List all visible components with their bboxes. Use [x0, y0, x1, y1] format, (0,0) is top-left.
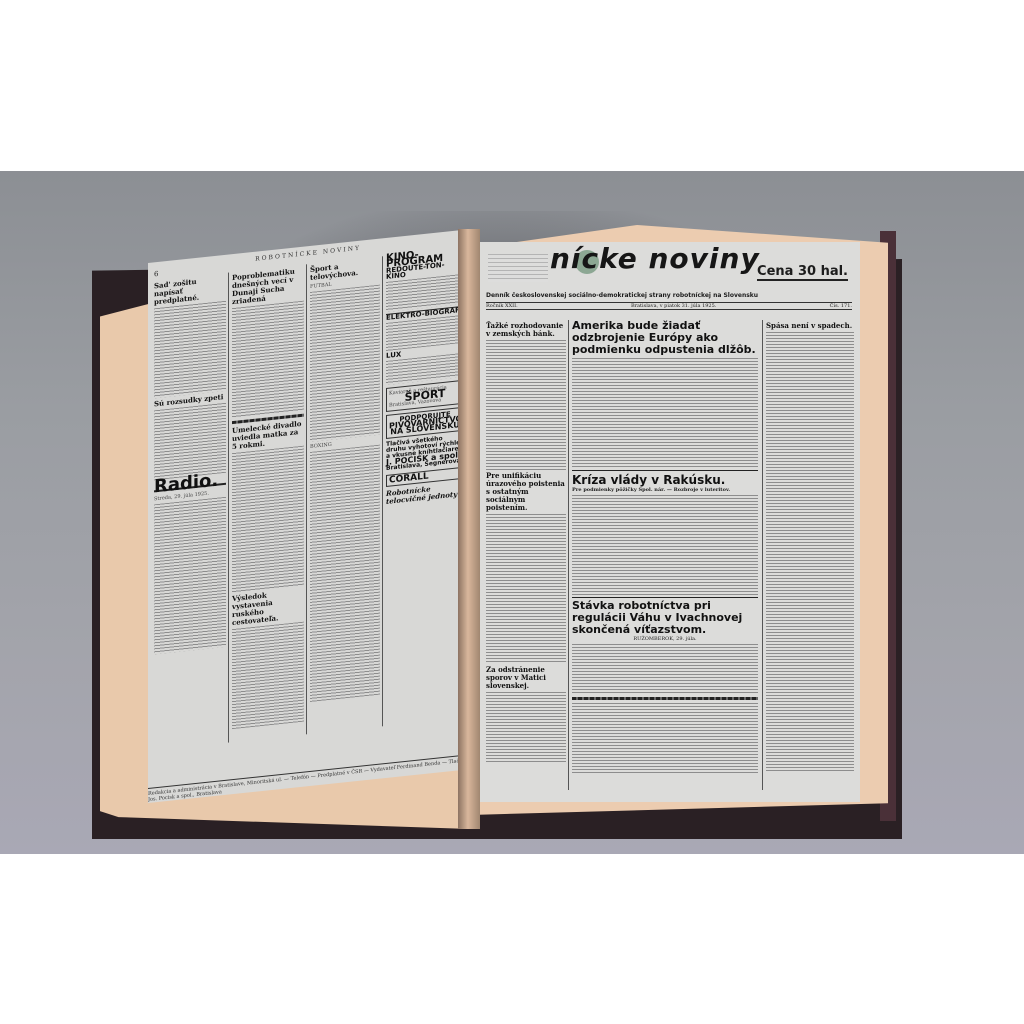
issue-number: Čís. 171.: [830, 303, 852, 309]
price: Cena 30 hal.: [757, 264, 848, 281]
headline: Pre unifikáciu úrazového poistenia s ost…: [486, 472, 566, 512]
article-body: [232, 622, 304, 730]
article-body: [154, 403, 226, 481]
article-body: [766, 332, 854, 772]
article-body: [486, 514, 566, 664]
headline: Výsledok vystavenia ruského cestovateľa.: [232, 588, 304, 628]
column-divider: [382, 256, 383, 726]
section-rule: [572, 697, 758, 700]
dateline-bar: Ročník XXII. Bratislava, v piatok 31. jú…: [486, 302, 852, 310]
bottom-white-margin: [0, 854, 1024, 1024]
article-body: [232, 301, 304, 419]
column-divider: [228, 272, 229, 742]
article-body: [486, 340, 566, 470]
left-column-4-ads: KINO-PROGRAM REDOUTE-TON-KINO ELEKTRO-BI…: [386, 248, 464, 508]
article-body: [572, 358, 758, 468]
radio-listing: [154, 497, 226, 655]
article-body: [572, 495, 758, 595]
lead-headline: Amerika bude žiadať odzbrojenie Európy a…: [572, 320, 758, 356]
headline: Kríza vlády v Rakúsku.: [572, 470, 758, 487]
right-column-3: Spása není v spadech.: [766, 320, 854, 774]
column-divider: [762, 320, 763, 790]
library-stamp: [488, 254, 548, 282]
column-divider: [568, 320, 569, 790]
photo-background: ROBOTNÍCKE NOVINY 6 Sad' zošitu napísať …: [0, 171, 1024, 854]
page-number: 6: [154, 270, 158, 278]
headline: Stávka robotníctva pri regulácii Váhu v …: [572, 597, 758, 636]
article-body: [232, 446, 304, 594]
right-column-1: Ťažké rozhodovanie v zemských bánk. Pre …: [486, 320, 566, 764]
subheadline: Pre podmienky pôžičky Spol. nár. — Rozbr…: [572, 487, 758, 493]
article-body: [154, 301, 226, 399]
left-column-1: Sad' zošitu napísať predplatné. Sú rozsu…: [154, 273, 226, 657]
headline: Poproblematiku dnešných vecí v Dunaji Su…: [232, 267, 304, 307]
headline: Ťažké rozhodovanie v zemských bánk.: [486, 322, 566, 338]
left-column-2: Poproblematiku dnešných vecí v Dunaji Su…: [232, 265, 304, 732]
right-newspaper-page: nícke noviny Cena 30 hal. Denník českosl…: [480, 242, 860, 802]
right-center-block: Amerika bude žiadať odzbrojenie Európy a…: [572, 320, 758, 775]
masthead: nícke noviny Cena 30 hal. Denník českosl…: [480, 242, 860, 312]
radio-heading: Radio.: [154, 477, 226, 493]
volume: Ročník XXII.: [486, 303, 518, 309]
column-divider: [306, 264, 307, 734]
article-body: [572, 703, 758, 773]
book-gutter: [458, 229, 480, 829]
top-white-margin: [0, 0, 1024, 171]
headline: Za odstránenie sporov v Matici slovenske…: [486, 666, 566, 690]
article-body: [572, 644, 758, 694]
article-body: [486, 692, 566, 762]
newspaper-title: nícke noviny: [550, 248, 760, 270]
headline: Spása není v spadech.: [766, 322, 854, 330]
date: Bratislava, v piatok 31. júla 1925.: [631, 303, 716, 309]
left-newspaper-page: ROBOTNÍCKE NOVINY 6 Sad' zošitu napísať …: [148, 229, 468, 803]
newspaper-subtitle: Denník československej sociálno-demokrat…: [486, 292, 856, 299]
article-body: [310, 285, 380, 442]
article-body: [310, 445, 380, 702]
article-dateline: RUŽOMBEROK, 29. júla.: [572, 636, 758, 642]
left-column-3: Šport a telovýchova. FUTBAL BOXING: [310, 257, 380, 704]
